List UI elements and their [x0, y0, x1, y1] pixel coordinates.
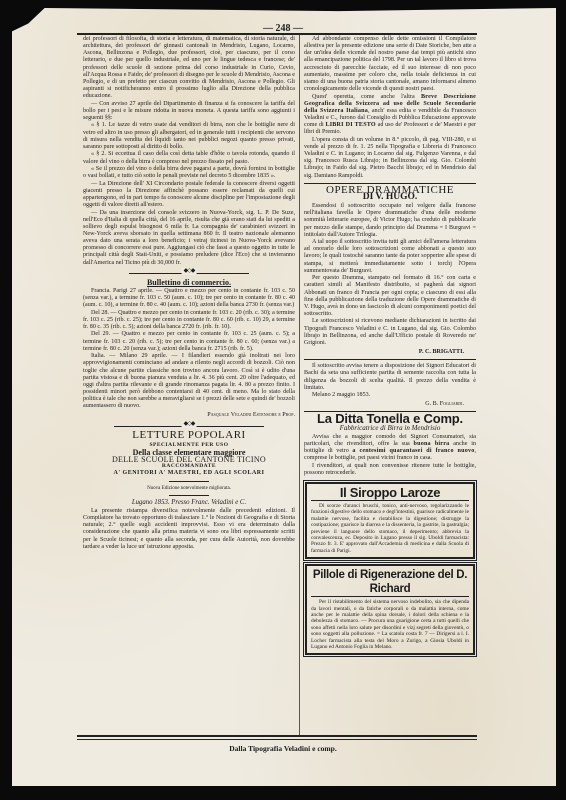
letture-imprint: Lugano 1853. Presso Franc. Veladini e C. [83, 499, 295, 506]
footer-rule-thin [77, 739, 477, 740]
laroze-title: Il Siroppo Laroze [311, 486, 469, 501]
printer-imprint: Dalla Tipografia Veladini e comp. [0, 744, 566, 753]
article-paragraph: « § 2. Si eccettua il caso della così de… [83, 151, 295, 165]
footer-rule [77, 735, 477, 737]
bulletin-paragraph: Del 28. — Quattro e mezzo per cento in c… [83, 310, 295, 331]
ornamental-divider [129, 271, 249, 277]
bulletin-paragraph: Francia. Parigi 27 aprile. — Quattro e m… [83, 288, 295, 309]
fogliardi-signature: G. B. Fogliardi. [304, 401, 464, 408]
article-paragraph: — La Direzione dell' XI Circondario post… [83, 181, 295, 210]
short-rule [169, 481, 209, 482]
hugo-paragraph: A tal uopo il sottoscritto invita tutti … [304, 239, 476, 275]
editor-signature: Pasquale Veladini Estensore e Prop. [83, 412, 295, 419]
left-column: dei professori di filosofia, di storia e… [83, 36, 295, 551]
article-paragraph: — Da una inserzione del console svizzero… [83, 210, 295, 267]
letture-recommended: RACCOMANDATE [83, 463, 295, 470]
tonella-paragraph: I rivenditori, ai quali non convenisse r… [304, 463, 476, 477]
brigatti-signature: P. C. BRIGATTI. [304, 349, 464, 356]
price-paragraph: L'opera consta di un volume in 8.° picco… [304, 137, 476, 180]
letture-schools-line: DELLE SCUOLE DEL CANTONE TICINO [83, 456, 295, 463]
letture-audience: A' GENITORI A' MAESTRI, ED AGLI SCOLARI [83, 470, 295, 477]
bold-label: LIBRI DI TESTO [325, 122, 375, 128]
letture-title: LETTURE POPOLARI [83, 432, 295, 439]
article-paragraph: Ad abbondante compenso delle dette omiss… [304, 36, 476, 93]
richard-ad-box: Pillole di Rigenerazione del D. Richard … [305, 564, 475, 655]
opera-paragraph: Quest' operetta, come anche l'altra Brev… [304, 94, 476, 137]
article-paragraph: dei professori di filosofia, di storia e… [83, 36, 295, 100]
column-divider [299, 35, 300, 735]
article-paragraph: — Con avviso 27 aprile del Dipartimento … [83, 101, 295, 122]
hugo-paragraph: Per questo Dramma, stampato nel formato … [304, 275, 476, 318]
laroze-ad-box: Il Siroppo Laroze Di scorze d'aranci bru… [305, 482, 475, 559]
tonella-paragraph: Avvisa che a maggior comodo dei Signori … [304, 434, 476, 463]
tonella-title: La Ditta Tonella e Comp. [304, 415, 476, 422]
seme-paragraph: Il sottoscritto avvisa tenere a disposiz… [304, 363, 476, 392]
richard-title: Pillole di Rigenerazione del D. Richard [311, 568, 469, 597]
seme-date: Melano 2 maggio 1853. [304, 392, 476, 399]
article-paragraph: « Se il prezzo del vino o della birra de… [83, 166, 295, 180]
laroze-paragraph: Di scorze d'aranci bruschi, tonico, anti… [311, 503, 469, 554]
right-column: Ad abbondante compenso delle dette omiss… [304, 36, 476, 659]
bulletin-paragraph: Del 29. — Quattro e mezzo per cento in c… [83, 331, 295, 352]
bulletin-paragraph: Italia. — Milano 29 aprile. — I filandie… [83, 353, 295, 410]
article-paragraph: « § 1. Le tazze di vetro usate dai vendi… [83, 122, 295, 151]
ornamental-divider [114, 424, 264, 430]
letture-paragraph: La presente ristampa diversifica notevol… [83, 508, 295, 551]
hugo-paragraph: Le sottoscrizioni si ricevono mediante d… [304, 318, 476, 347]
section-rule [304, 359, 476, 360]
letture-edition: Nuova Edizione notevolmente migliorata. [83, 485, 295, 492]
short-rule [169, 495, 209, 496]
header-rule [77, 33, 477, 35]
bulletin-title: Bullettino di commercio. [83, 279, 295, 286]
richard-paragraph: Per il ristabilimento del sistema nervos… [311, 599, 469, 650]
hugo-paragraph: Essendosi il sottoscritto occupato nel v… [304, 203, 476, 239]
